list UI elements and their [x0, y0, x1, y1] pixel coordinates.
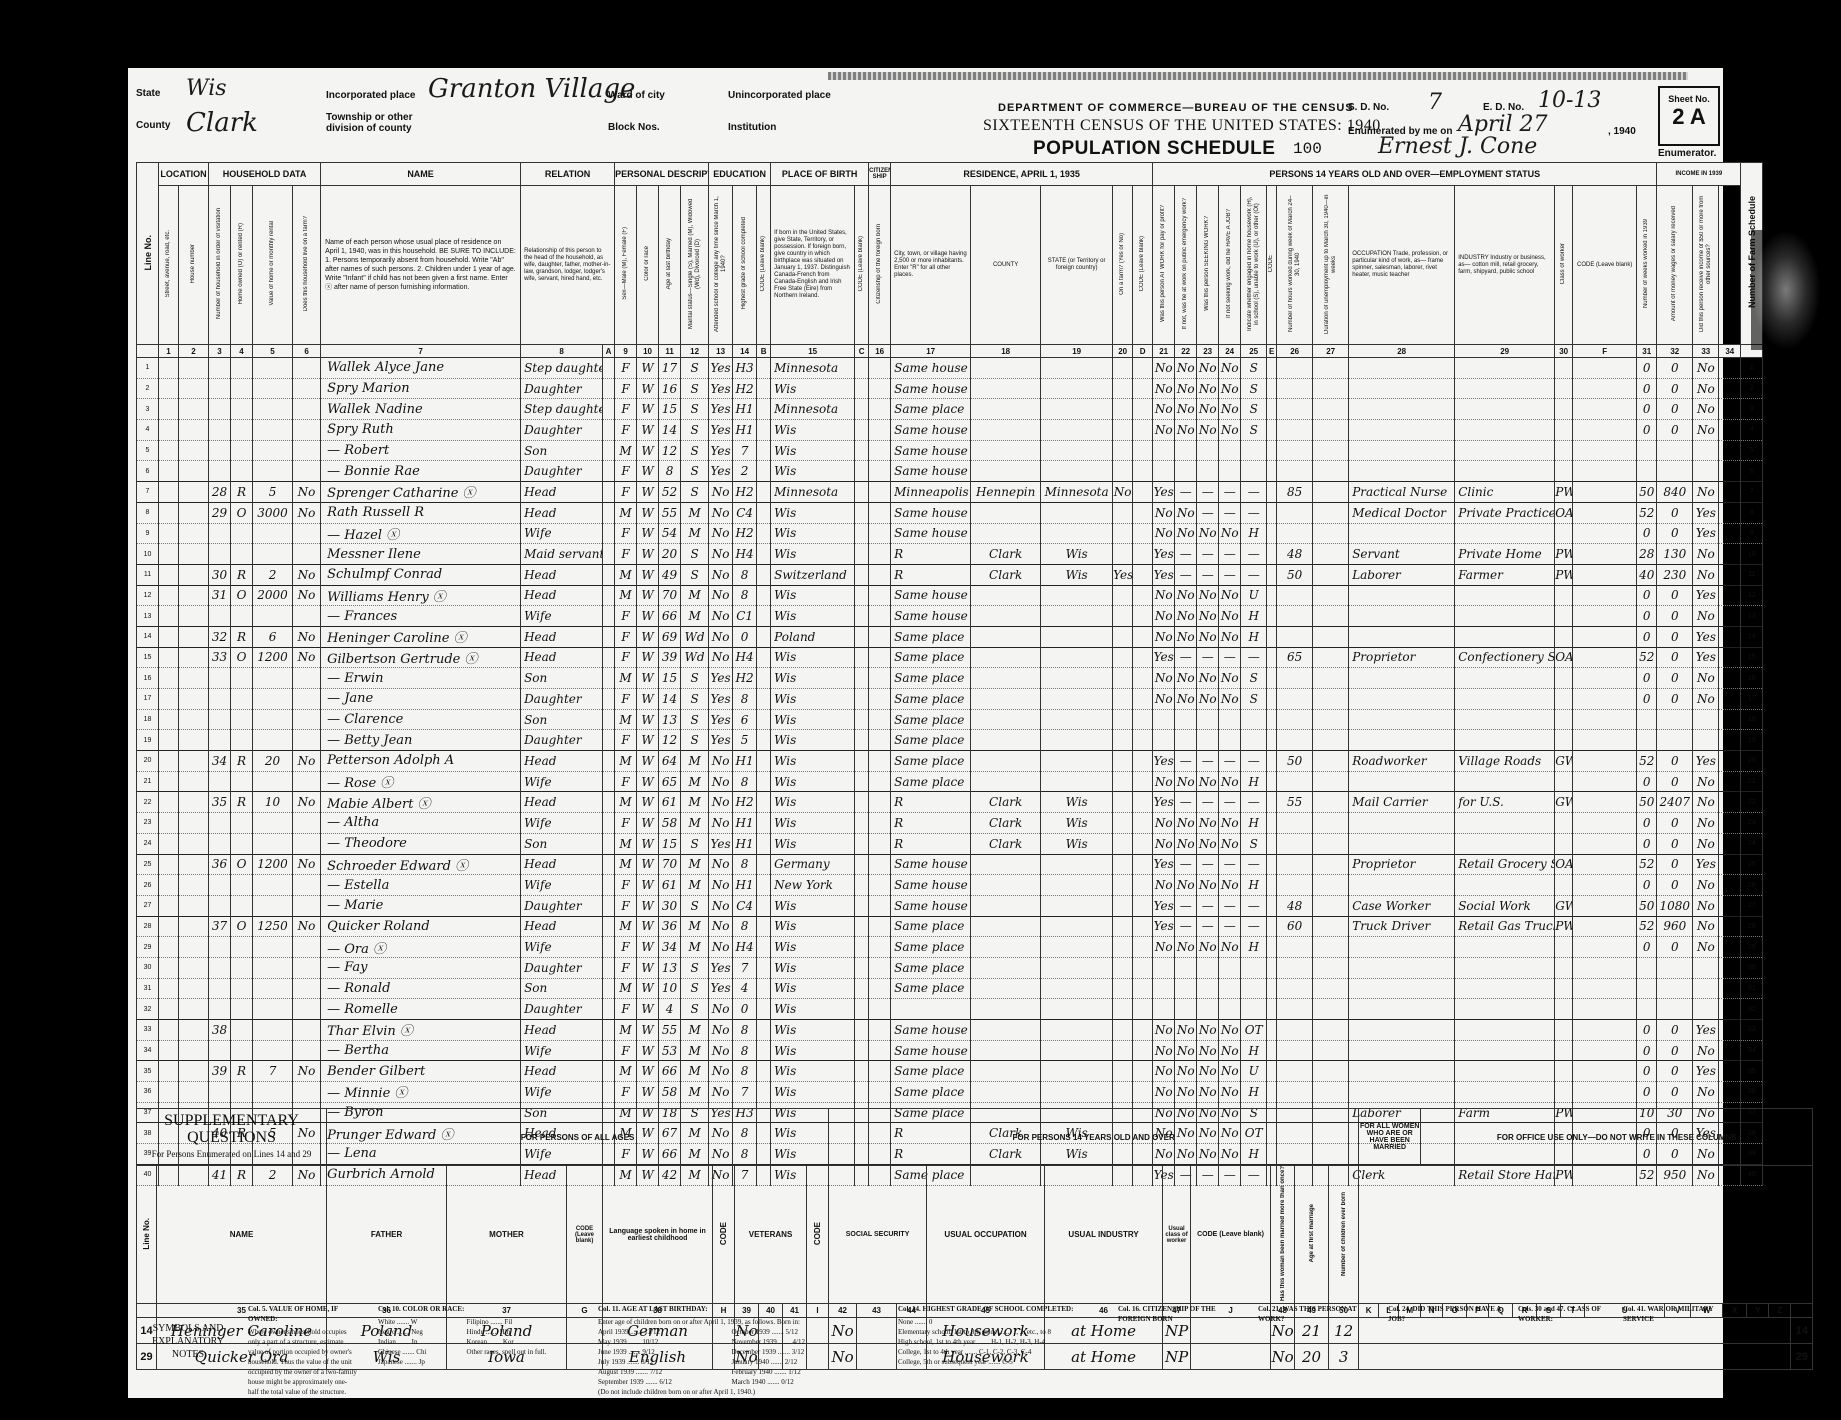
- weeks-worked-cell: [1637, 978, 1657, 999]
- weeks-worked-cell: 0: [1637, 813, 1657, 834]
- activity-cell: S: [1241, 668, 1267, 689]
- class-worker-cell: [1555, 833, 1573, 854]
- marital-cell: M: [681, 1020, 709, 1041]
- note-item: Other races, spell out in full.: [467, 1347, 549, 1357]
- col24-title: Col. 24. DID THIS PERSON HAVE A JOB?: [1388, 1304, 1508, 1324]
- unemployed-weeks-cell: [1313, 523, 1349, 544]
- class-worker-cell: [1555, 1020, 1573, 1041]
- age-cell: 65: [659, 771, 681, 792]
- wages-cell: [1657, 440, 1693, 461]
- wages-cell: 230: [1657, 564, 1693, 585]
- household-number-cell: [209, 771, 231, 792]
- occupation-cell: [1349, 833, 1455, 854]
- owned-rented-cell: R: [231, 751, 253, 772]
- house-number-cell: [179, 689, 209, 710]
- unincorporated-label: Unincorporated place: [728, 90, 831, 101]
- table-row: 1130R2NoSchulmpf ConradHeadMW49SNo8Switz…: [137, 564, 1763, 585]
- supp-tongue-header: Language spoken in home in earliest chil…: [603, 1166, 713, 1304]
- on-farm-cell: [1113, 440, 1133, 461]
- line-number: 30: [137, 957, 159, 978]
- school-cell: No: [709, 875, 733, 896]
- citizenship-cell: [869, 751, 891, 772]
- farm-cell: [293, 544, 321, 565]
- line-number: 35: [137, 1061, 159, 1082]
- note-item: Filipino ....... Fil: [467, 1317, 549, 1327]
- hours-cell: [1277, 1061, 1313, 1082]
- code-b-cell: [757, 1020, 771, 1041]
- county-value: Clark: [186, 108, 258, 138]
- relation-cell: Daughter: [521, 999, 603, 1020]
- house-number-cell: [179, 420, 209, 441]
- farm-schedule-cell: [1719, 792, 1741, 813]
- at-work-cell: Yes: [1153, 647, 1175, 668]
- residence-city-cell: Same house: [891, 523, 971, 544]
- occupation-cell: [1349, 440, 1455, 461]
- supp-code-i-header: CODE: [807, 1166, 829, 1304]
- street-cell: [159, 399, 179, 420]
- street-cell: [159, 771, 179, 792]
- table-row: 829O3000NoRath Russell RHeadMW55MNoC4Wis…: [137, 502, 1763, 523]
- activity-cell: [1241, 461, 1267, 482]
- grade-cell: 0: [733, 999, 757, 1020]
- house-number-cell: [179, 585, 209, 606]
- activity-cell: H: [1241, 626, 1267, 647]
- wages-cell: 0: [1657, 771, 1693, 792]
- citizenship-col-header: Citizenship of the foreign born: [869, 186, 891, 345]
- age-cell: 70: [659, 854, 681, 875]
- household-number-cell: 29: [209, 502, 231, 523]
- household-number-cell: [209, 606, 231, 627]
- sd-label: S. D. No.: [1348, 102, 1389, 113]
- on-farm-cell: [1113, 999, 1133, 1020]
- note-item: White ....... W: [378, 1317, 460, 1327]
- code-e-cell: [1267, 751, 1277, 772]
- has-job-cell: No: [1219, 875, 1241, 896]
- street-cell: [159, 1040, 179, 1061]
- emergency-work-cell: No: [1175, 502, 1197, 523]
- weeks-worked-cell: 0: [1637, 606, 1657, 627]
- line-number-right: 13: [1741, 606, 1763, 627]
- table-row: 5— RobertSonMW12SYes7WisSame house5: [137, 440, 1763, 461]
- code-e-header: CODE: [1267, 186, 1277, 345]
- code-b-cell: [757, 668, 771, 689]
- household-number-cell: [209, 875, 231, 896]
- line-number-right: 22: [1741, 792, 1763, 813]
- house-number-cell: [179, 895, 209, 916]
- code-b-cell: [757, 482, 771, 503]
- at-work-cell: Yes: [1153, 854, 1175, 875]
- household-number-cell: [209, 709, 231, 730]
- grade-cell: H2: [733, 668, 757, 689]
- code-f-cell: [1573, 833, 1637, 854]
- street-cell: [159, 1061, 179, 1082]
- line-number-right: 2: [1741, 378, 1763, 399]
- farm-cell: No: [293, 585, 321, 606]
- code-a-cell: [603, 1040, 615, 1061]
- note-item: November 1939 ....... 4/12: [732, 1337, 859, 1347]
- grade-cell: H4: [733, 647, 757, 668]
- table-row: 36— Minnie ⓧWifeFW58MNo7WisSame placeNoN…: [137, 1082, 1763, 1103]
- activity-cell: [1241, 440, 1267, 461]
- weeks-worked-cell: 0: [1637, 1082, 1657, 1103]
- column-number: 12: [681, 345, 709, 358]
- birthplace-cell: Wis: [771, 378, 855, 399]
- home-value-cell: 20: [253, 751, 293, 772]
- column-number: 10: [637, 345, 659, 358]
- relation-cell: Head: [521, 854, 603, 875]
- person-name: Wallek Alyce Jane: [321, 358, 521, 379]
- birthplace-cell: Poland: [771, 626, 855, 647]
- has-job-cell: No: [1219, 1061, 1241, 1082]
- line-number: 6: [137, 461, 159, 482]
- note-item: Japanese ....... Jp: [378, 1357, 460, 1367]
- code-c-cell: [855, 895, 869, 916]
- activity-header: Indicate whether engaged in home housewo…: [1241, 186, 1267, 345]
- seeking-work-cell: No: [1197, 399, 1219, 420]
- home-value-cell: [253, 771, 293, 792]
- has-job-cell: No: [1219, 1040, 1241, 1061]
- industry-cell: [1455, 875, 1555, 896]
- table-row: 3539R7NoBender GilbertHeadMW66MNo8WisSam…: [137, 1061, 1763, 1082]
- code-c-cell: [855, 999, 869, 1020]
- column-number: 33: [1693, 345, 1719, 358]
- supp-children-header: Number of children ever born: [1329, 1166, 1359, 1304]
- residence-state-cell: Wis: [1041, 813, 1113, 834]
- marital-cell: Wd: [681, 626, 709, 647]
- birth-header: PLACE OF BIRTH: [771, 163, 869, 186]
- owned-rented-cell: [231, 461, 253, 482]
- race-header: Color or race: [637, 186, 659, 345]
- seeking-work-cell: No: [1197, 626, 1219, 647]
- code-f-cell: [1573, 709, 1637, 730]
- ward-label: Ward of city: [608, 90, 665, 101]
- code-d-cell: [1133, 730, 1153, 751]
- farm-schedule-cell: [1719, 813, 1741, 834]
- grade-cell: C4: [733, 502, 757, 523]
- residence-city-cell: Same place: [891, 626, 971, 647]
- relation-cell: Daughter: [521, 689, 603, 710]
- home-value-cell: 1200: [253, 647, 293, 668]
- column-number: 32: [1657, 345, 1693, 358]
- line-number-right: 23: [1741, 813, 1763, 834]
- wages-cell: 0: [1657, 358, 1693, 379]
- residence-state-cell: [1041, 523, 1113, 544]
- sex-cell: F: [615, 606, 637, 627]
- owned-rented-cell: [231, 399, 253, 420]
- race-cell: W: [637, 378, 659, 399]
- other-income-cell: [1693, 709, 1719, 730]
- unemployed-weeks-cell: [1313, 461, 1349, 482]
- race-cell: W: [637, 399, 659, 420]
- has-job-cell: No: [1219, 606, 1241, 627]
- house-number-cell: [179, 378, 209, 399]
- sex-cell: F: [615, 957, 637, 978]
- citizenship-cell: [869, 957, 891, 978]
- supp-age-first-header: Age at first marriage: [1295, 1166, 1329, 1304]
- residence-city-cell: Same place: [891, 751, 971, 772]
- sex-cell: M: [615, 854, 637, 875]
- code-a-cell: [603, 895, 615, 916]
- code-f-cell: [1573, 399, 1637, 420]
- home-value-cell: [253, 378, 293, 399]
- note-item: December 1939 ....... 3/12: [732, 1347, 859, 1357]
- on-farm-cell: [1113, 875, 1133, 896]
- citizenship-cell: [869, 482, 891, 503]
- emergency-work-cell: —: [1175, 544, 1197, 565]
- owned-rented-cell: [231, 606, 253, 627]
- emergency-work-cell: [1175, 730, 1197, 751]
- line-number: 14: [137, 626, 159, 647]
- farm-schedule-cell: [1719, 751, 1741, 772]
- line-number: 17: [137, 689, 159, 710]
- person-name: Thar Elvin ⓧ: [321, 1020, 521, 1041]
- note-item: January 1940 ....... 2/12: [732, 1357, 859, 1367]
- grade-cell: 7: [733, 1082, 757, 1103]
- on-farm-cell: [1113, 957, 1133, 978]
- code-e-cell: [1267, 399, 1277, 420]
- seeking-work-header: Was this person SEEKING WORK?: [1197, 186, 1219, 345]
- other-income-cell: No: [1693, 771, 1719, 792]
- seeking-work-cell: —: [1197, 502, 1219, 523]
- marital-cell: S: [681, 399, 709, 420]
- code-a-cell: [603, 978, 615, 999]
- farm-cell: [293, 1082, 321, 1103]
- activity-cell: [1241, 999, 1267, 1020]
- residence-city-cell: R: [891, 833, 971, 854]
- race-cell: W: [637, 833, 659, 854]
- code-b-cell: [757, 626, 771, 647]
- street-cell: [159, 730, 179, 751]
- hours-cell: [1277, 1020, 1313, 1041]
- grade-cell: 7: [733, 957, 757, 978]
- residence-state-cell: Wis: [1041, 792, 1113, 813]
- owned-rented-cell: [231, 709, 253, 730]
- house-number-cell: [179, 854, 209, 875]
- unemployed-weeks-cell: [1313, 895, 1349, 916]
- note-item: May 1939 ....... 10/12: [598, 1337, 725, 1347]
- owned-rented-cell: [231, 875, 253, 896]
- person-name: Petterson Adolph A: [321, 751, 521, 772]
- farm-schedule-cell: [1719, 1082, 1741, 1103]
- code-f-cell: [1573, 751, 1637, 772]
- other-income-cell: [1693, 957, 1719, 978]
- residence-state-cell: [1041, 358, 1113, 379]
- residence-county-cell: Clark: [971, 792, 1041, 813]
- residence-county-cell: Clark: [971, 544, 1041, 565]
- birthplace-cell: Wis: [771, 792, 855, 813]
- table-row: 1231O2000NoWilliams Henry ⓧHeadMW70MNo8W…: [137, 585, 1763, 606]
- home-value-cell: [253, 544, 293, 565]
- line-number-right: 20: [1741, 751, 1763, 772]
- owned-rented-cell: O: [231, 916, 253, 937]
- farm-schedule-cell: [1719, 378, 1741, 399]
- class-worker-cell: [1555, 771, 1573, 792]
- home-value-cell: 10: [253, 792, 293, 813]
- code-f-cell: [1573, 523, 1637, 544]
- code-d-cell: [1133, 626, 1153, 647]
- line-number-right: 34: [1741, 1040, 1763, 1061]
- line-number: 18: [137, 709, 159, 730]
- race-cell: W: [637, 482, 659, 503]
- citizenship-header: CITIZEN-SHIP: [869, 163, 891, 186]
- grade-cell: H1: [733, 833, 757, 854]
- class-worker-cell: [1555, 689, 1573, 710]
- wages-cell: 0: [1657, 668, 1693, 689]
- school-cell: No: [709, 916, 733, 937]
- marital-cell: S: [681, 999, 709, 1020]
- school-cell: No: [709, 482, 733, 503]
- person-name: — Clarence: [321, 709, 521, 730]
- line-number: 26: [137, 875, 159, 896]
- column-number: Z: [1769, 1304, 1791, 1318]
- race-cell: W: [637, 647, 659, 668]
- seeking-work-cell: No: [1197, 585, 1219, 606]
- seeking-work-cell: [1197, 730, 1219, 751]
- weeks-worked-cell: 52: [1637, 502, 1657, 523]
- on-farm-cell: [1113, 502, 1133, 523]
- code-c-cell: [855, 771, 869, 792]
- owned-rented-cell: [231, 1020, 253, 1041]
- hours-cell: [1277, 978, 1313, 999]
- line-number: 15: [137, 647, 159, 668]
- line-number-right: 21: [1741, 771, 1763, 792]
- at-work-cell: No: [1153, 668, 1175, 689]
- code-a-cell: [603, 502, 615, 523]
- farm-cell: [293, 709, 321, 730]
- employment-header: PERSONS 14 YEARS OLD AND OVER—EMPLOYMENT…: [1153, 163, 1657, 186]
- citizenship-cell: [869, 833, 891, 854]
- industry-cell: [1455, 668, 1555, 689]
- code-f-cell: [1573, 482, 1637, 503]
- table-row: 2034R20NoPetterson Adolph AHeadMW64MNoH1…: [137, 751, 1763, 772]
- street-cell: [159, 999, 179, 1020]
- race-cell: W: [637, 895, 659, 916]
- column-number: A: [603, 345, 615, 358]
- code-f-header: CODE (Leave blank): [1573, 186, 1637, 345]
- supp-social-security-header: SOCIAL SECURITY: [829, 1166, 927, 1304]
- age-cell: 66: [659, 606, 681, 627]
- household-header: HOUSEHOLD DATA: [209, 163, 321, 186]
- wages-cell: 0: [1657, 937, 1693, 958]
- emergency-work-cell: No: [1175, 668, 1197, 689]
- marital-cell: M: [681, 937, 709, 958]
- occupation-cell: [1349, 668, 1455, 689]
- hours-header: Number of hours worked during week of Ma…: [1277, 186, 1313, 345]
- code-c-cell: [855, 813, 869, 834]
- sex-cell: M: [615, 833, 637, 854]
- sex-cell: F: [615, 647, 637, 668]
- code-d-cell: [1133, 378, 1153, 399]
- citizenship-cell: [869, 668, 891, 689]
- residence-county-cell: Clark: [971, 833, 1041, 854]
- school-cell: Yes: [709, 978, 733, 999]
- code-a-cell: [603, 440, 615, 461]
- school-cell: No: [709, 751, 733, 772]
- has-job-cell: —: [1219, 564, 1241, 585]
- at-work-cell: Yes: [1153, 564, 1175, 585]
- code-c-cell: [855, 461, 869, 482]
- household-number-cell: [209, 378, 231, 399]
- farm-cell: [293, 1020, 321, 1041]
- residence-county-cell: [971, 895, 1041, 916]
- unemployed-weeks-cell: [1313, 1020, 1349, 1041]
- farm-cell: [293, 689, 321, 710]
- birthplace-cell: Wis: [771, 606, 855, 627]
- location-header: LOCATION: [159, 163, 209, 186]
- residence-city-cell: Same house: [891, 358, 971, 379]
- sd-value: 7: [1428, 90, 1442, 115]
- farm-cell: [293, 461, 321, 482]
- household-number-cell: [209, 461, 231, 482]
- industry-cell: [1455, 709, 1555, 730]
- residence-state-cell: [1041, 771, 1113, 792]
- seeking-work-cell: No: [1197, 937, 1219, 958]
- line-number-right: 5: [1741, 440, 1763, 461]
- code-f-cell: [1573, 792, 1637, 813]
- note-item: College, 1st to 4th year ....... C-1, C-…: [898, 1347, 1098, 1357]
- at-work-cell: Yes: [1153, 544, 1175, 565]
- emergency-work-cell: —: [1175, 895, 1197, 916]
- street-cell: [159, 668, 179, 689]
- household-number-cell: [209, 937, 231, 958]
- other-income-header: Did this person receive income of $50 or…: [1693, 186, 1719, 345]
- street-cell: [159, 1020, 179, 1041]
- code-d-cell: [1133, 854, 1153, 875]
- other-income-cell: No: [1693, 916, 1719, 937]
- hours-cell: [1277, 957, 1313, 978]
- at-work-cell: No: [1153, 399, 1175, 420]
- occupation-cell: [1349, 461, 1455, 482]
- col10-title: Col. 10. COLOR OR RACE:: [378, 1304, 548, 1314]
- household-number-cell: [209, 999, 231, 1020]
- race-cell: W: [637, 358, 659, 379]
- weeks-worked-cell: 0: [1637, 420, 1657, 441]
- household-number-cell: [209, 730, 231, 751]
- age-cell: 4: [659, 999, 681, 1020]
- residence-city-cell: Same place: [891, 978, 971, 999]
- marital-cell: M: [681, 751, 709, 772]
- on-farm-header: On a farm? (Yes or No): [1113, 186, 1133, 345]
- farm-cell: No: [293, 792, 321, 813]
- birthplace-cell: Wis: [771, 440, 855, 461]
- person-name: — Betty Jean: [321, 730, 521, 751]
- on-farm-cell: [1113, 626, 1133, 647]
- grade-cell: 8: [733, 585, 757, 606]
- house-number-cell: [179, 771, 209, 792]
- occupation-cell: Practical Nurse: [1349, 482, 1455, 503]
- home-value-cell: [253, 937, 293, 958]
- grade-cell: H2: [733, 523, 757, 544]
- code-f-cell: [1573, 1020, 1637, 1041]
- has-job-cell: No: [1219, 771, 1241, 792]
- grade-cell: 8: [733, 854, 757, 875]
- weeks-worked-cell: 0: [1637, 358, 1657, 379]
- sex-cell: F: [615, 771, 637, 792]
- street-cell: [159, 544, 179, 565]
- weeks-worked-cell: 0: [1637, 378, 1657, 399]
- col41-title: Col. 41. WAR OR MILITARY SERVICE: [1623, 1304, 1723, 1324]
- code-d-cell: [1133, 440, 1153, 461]
- street-cell: [159, 420, 179, 441]
- residence-city-cell: [891, 999, 971, 1020]
- code-c-cell: [855, 647, 869, 668]
- line-number-right: 1: [1741, 358, 1763, 379]
- age-cell: 66: [659, 1061, 681, 1082]
- weeks-worked-cell: 0: [1637, 585, 1657, 606]
- class-worker-cell: PW: [1555, 564, 1573, 585]
- emergency-work-cell: [1175, 999, 1197, 1020]
- person-name: Schulmpf Conrad: [321, 564, 521, 585]
